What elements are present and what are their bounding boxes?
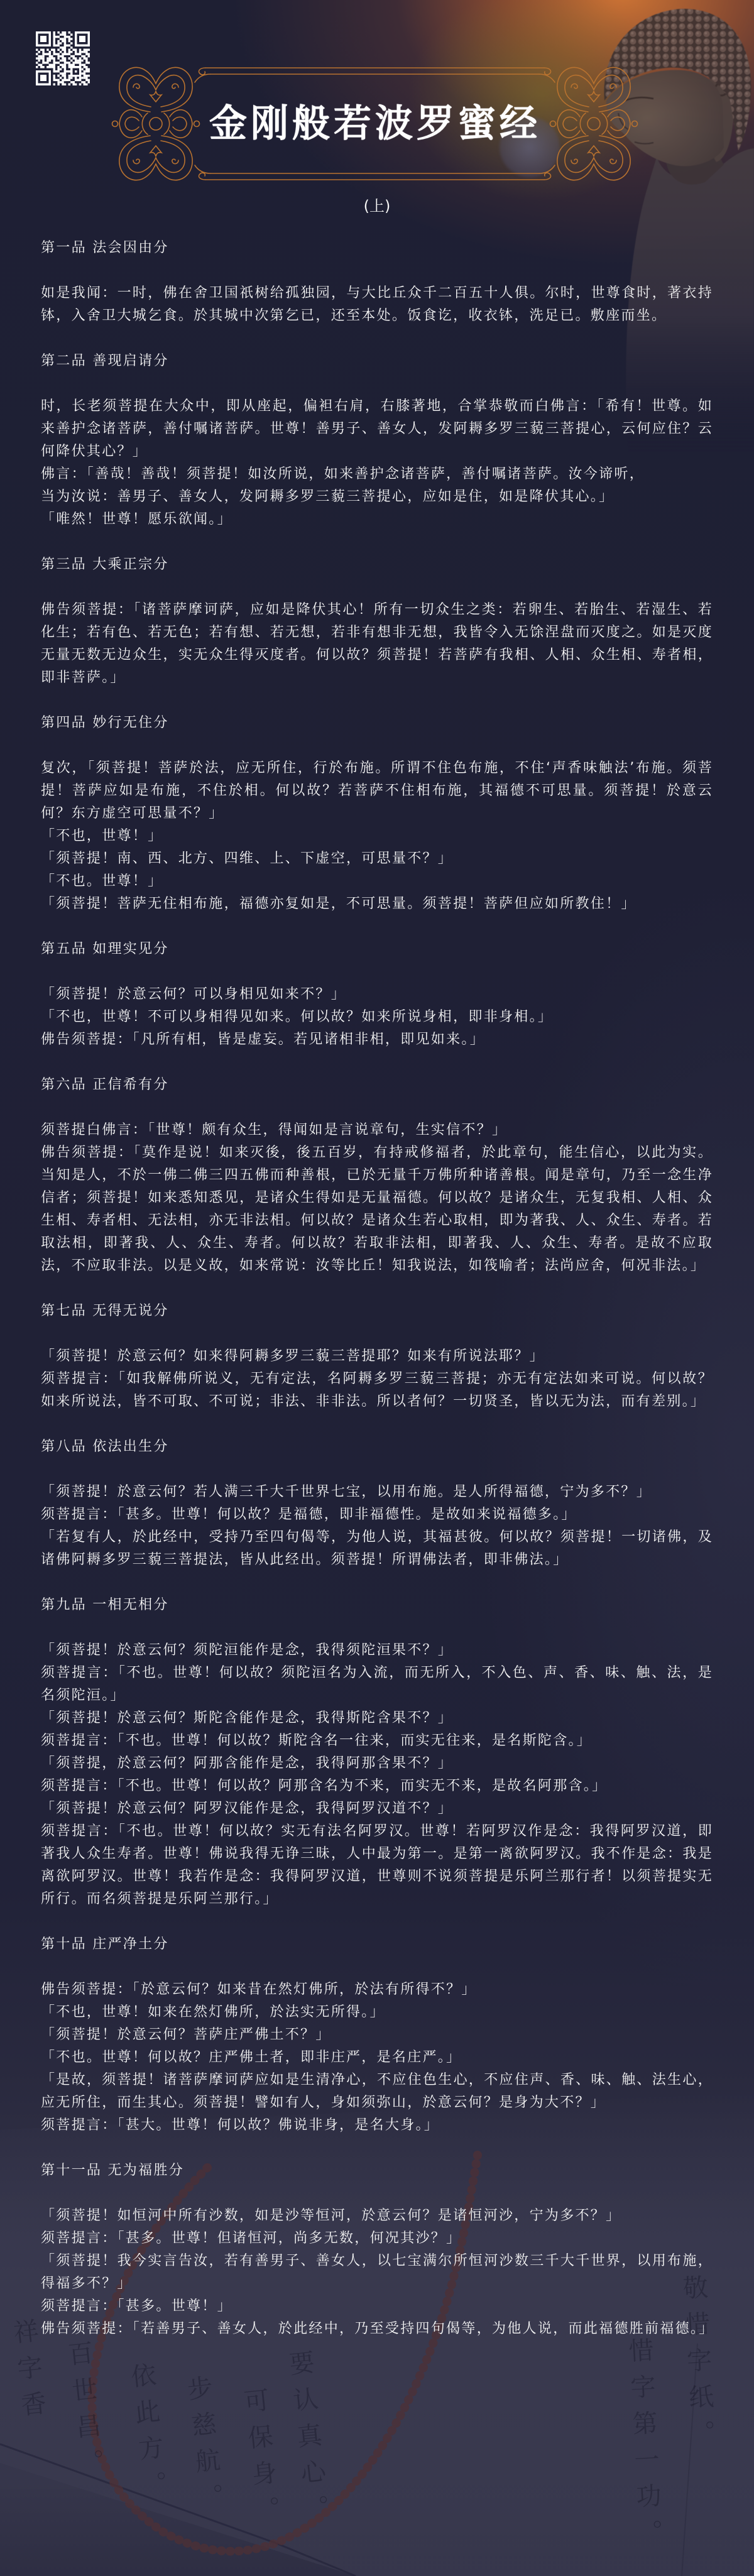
chapter-paragraph: 须菩提言：「不也。世尊！何以故？实无有法名阿罗汉。世尊！若阿罗汉作是念：我得阿罗… [41,1820,713,1911]
chapter-paragraph: 「须菩提！於意云何？菩萨庄严佛土不？」 [41,2024,713,2046]
chapter-paragraph: 「不也。世尊！」 [41,870,713,893]
chapter-paragraph: 佛告须菩提：「诸菩萨摩诃萨，应如是降伏其心！所有一切众生之类：若卵生、若胎生、若… [41,599,713,689]
chapter-heading: 第十一品 无为福胜分 [41,2159,713,2182]
chapter-paragraph: 「不也，世尊！如来在然灯佛所，於法实无所得。」 [41,2001,713,2024]
chapter-paragraph: 须菩提言：「甚多。世尊！但诸恒河，尚多无数，何况其沙？」 [41,2227,713,2250]
chapter-paragraph: 佛告须菩提：「凡所有相，皆是虚妄。若见诸相非相，即见如来。」 [41,1029,713,1051]
chapter-paragraph: 「唯然！世尊！愿乐欲闻。」 [41,508,713,531]
chapter-paragraph: 如是我闻：一时，佛在舍卫国祇树给孤独园，与大比丘众千二百五十人俱。尔时，世尊食时… [41,282,713,327]
chapter-heading: 第三品 大乘正宗分 [41,554,713,576]
chapter-paragraph: 「不也，世尊！」 [41,825,713,848]
chapter-paragraph: 「须菩提！如恒河中所有沙数，如是沙等恒河，於意云何？是诸恒河沙，宁为多不？」 [41,2205,713,2227]
chapter-paragraph: 须菩提言：「甚大。世尊！何以故？佛说非身，是名大身。」 [41,2114,713,2137]
chapter-paragraph: 须菩提言：「甚多。世尊！何以故？是福德，即非福德性。是故如来说福德多。」 [41,1504,713,1526]
chapter-heading: 第九品 一相无相分 [41,1594,713,1617]
chapter-3: 第三品 大乘正宗分 佛告须菩提：「诸菩萨摩诃萨，应如是降伏其心！所有一切众生之类… [41,554,713,689]
chapter-paragraph: 「不也，世尊！不可以身相得见如来。何以故？如来所说身相，即非身相。」 [41,1006,713,1029]
chapter-paragraph: 「须菩提！於意云何？斯陀含能作是念，我得斯陀含果不？」 [41,1707,713,1730]
chapter-paragraph: 须菩提白佛言：「世尊！颇有众生，得闻如是言说章句，生实信不？」 [41,1119,713,1142]
chapter-5: 第五品 如理实见分 「须菩提！於意云何？可以身相见如来不？」 「不也，世尊！不可… [41,938,713,1051]
chapter-8: 第八品 依法出生分 「须菩提！於意云何？若人满三千大千世界七宝，以用布施。是人所… [41,1436,713,1571]
chapter-paragraph: 当为汝说：善男子、善女人，发阿耨多罗三藐三菩提心，应如是住，如是降伏其心。」 [41,486,713,508]
chapter-paragraph: 「是故，须菩提！诸菩萨摩诃萨应如是生清净心，不应住色生心，不应住声、香、味、触、… [41,2069,713,2114]
chapter-paragraph: 「须菩提！菩萨无住相布施，福德亦复如是，不可思量。须菩提！菩萨但应如所教住！」 [41,893,713,915]
chapter-7: 第七品 无得无说分 「须菩提！於意云何？如来得阿耨多罗三藐三菩提耶？如来有所说法… [41,1300,713,1413]
chapter-heading: 第五品 如理实见分 [41,938,713,961]
chapter-paragraph: 「须菩提！於意云何？须陀洹能作是念，我得须陀洹果不？」 [41,1639,713,1662]
chapter-heading: 第十品 庄严净土分 [41,1933,713,1956]
chapter-paragraph: 须菩提言：「甚多。世尊！」 [41,2295,713,2318]
chapter-paragraph: 时，长老须菩提在大众中，即从座起，偏袒右肩，右膝著地，合掌恭敬而白佛言：「希有！… [41,395,713,463]
chapter-6: 第六品 正信希有分 须菩提白佛言：「世尊！颇有众生，得闻如是言说章句，生实信不？… [41,1074,713,1277]
chapter-heading: 第八品 依法出生分 [41,1436,713,1458]
chapter-heading: 第二品 善现启请分 [41,350,713,373]
chapter-paragraph: 须菩提言：「不也。世尊！何以故？阿那含名为不来，而实无不来，是故名阿那含。」 [41,1775,713,1798]
chapter-heading: 第一品 法会因由分 [41,237,713,259]
chapter-4: 第四品 妙行无住分 复次，「须菩提！菩萨於法，应无所住，行於布施。所谓不住色布施… [41,712,713,915]
chapter-paragraph: 「须菩提！於意云何？阿罗汉能作是念，我得阿罗汉道不？」 [41,1798,713,1820]
chapter-heading: 第七品 无得无说分 [41,1300,713,1323]
chapter-paragraph: 须菩提言：「不也。世尊！何以故？斯陀含名一往来，而实无往来，是名斯陀含。」 [41,1730,713,1752]
chapter-11: 第十一品 无为福胜分 「须菩提！如恒河中所有沙数，如是沙等恒河，於意云何？是诸恒… [41,2159,713,2340]
chapter-paragraph: 佛告须菩提：「若善男子、善女人，於此经中，乃至受持四句偈等，为他人说，而此福德胜… [41,2318,713,2340]
chapter-paragraph: 复次，「须菩提！菩萨於法，应无所住，行於布施。所谓不住色布施，不住‘声香味触法’… [41,757,713,825]
chapter-paragraph: 「须菩提！我今实言告汝，若有善男子、善女人，以七宝满尔所恒河沙数三千大千世界，以… [41,2250,713,2295]
chapter-10: 第十品 庄严净土分 佛告须菩提：「於意云何？如来昔在然灯佛所，於法有所得不？」 … [41,1933,713,2137]
chapter-paragraph: 「须菩提！於意云何？若人满三千大千世界七宝，以用布施。是人所得福德，宁为多不？」 [41,1481,713,1504]
chapter-paragraph: 「须菩提！於意云何？可以身相见如来不？」 [41,983,713,1006]
chapter-paragraph: 佛言：「善哉！善哉！须菩提！如汝所说，如来善护念诸菩萨，善付嘱诸菩萨。汝今谛听， [41,463,713,486]
chapter-paragraph: 须菩提言：「不也。世尊！何以故？须陀洹名为入流，而无所入，不入色、声、香、味、触… [41,1662,713,1707]
chapter-paragraph: 「若复有人，於此经中，受持乃至四句偈等，为他人说，其福甚彼。何以故？须菩提！一切… [41,1526,713,1571]
chapter-heading: 第四品 妙行无住分 [41,712,713,734]
chapter-paragraph: 「须菩提！南、西、北方、四维、上、下虚空，可思量不？」 [41,848,713,870]
chapter-1: 第一品 法会因由分 如是我闻：一时，佛在舍卫国祇树给孤独园，与大比丘众千二百五十… [41,237,713,327]
volume-label: (上) [314,195,440,217]
chapter-paragraph: 佛告须菩提：「於意云何？如来昔在然灯佛所，於法有所得不？」 [41,1978,713,2001]
sutra-content: 第一品 法会因由分 如是我闻：一时，佛在舍卫国祇树给孤独园，与大比丘众千二百五十… [41,237,713,2363]
chapter-paragraph: 须菩提言：「如我解佛所说义，无有定法，名阿耨多罗三藐三菩提；亦无有定法如来可说。… [41,1368,713,1413]
chapter-paragraph: 「须菩提！於意云何？如来得阿耨多罗三藐三菩提耶？如来有所说法耶？」 [41,1345,713,1368]
chapter-paragraph: 佛告须菩提：「莫作是说！如来灭後，後五百岁，有持戒修福者，於此章句，能生信心，以… [41,1142,713,1277]
chapter-heading: 第六品 正信希有分 [41,1074,713,1096]
chapter-9: 第九品 一相无相分 「须菩提！於意云何？须陀洹能作是念，我得须陀洹果不？」 须菩… [41,1594,713,1911]
page-title: 金刚般若波罗蜜经 [187,101,564,147]
chapter-2: 第二品 善现启请分 时，长老须菩提在大众中，即从座起，偏袒右肩，右膝著地，合掌恭… [41,350,713,531]
chapter-paragraph: 「不也。世尊！何以故？庄严佛土者，即非庄严，是名庄严。」 [41,2046,713,2069]
chapter-paragraph: 「须菩提，於意云何？阿那含能作是念，我得阿那含果不？」 [41,1752,713,1775]
